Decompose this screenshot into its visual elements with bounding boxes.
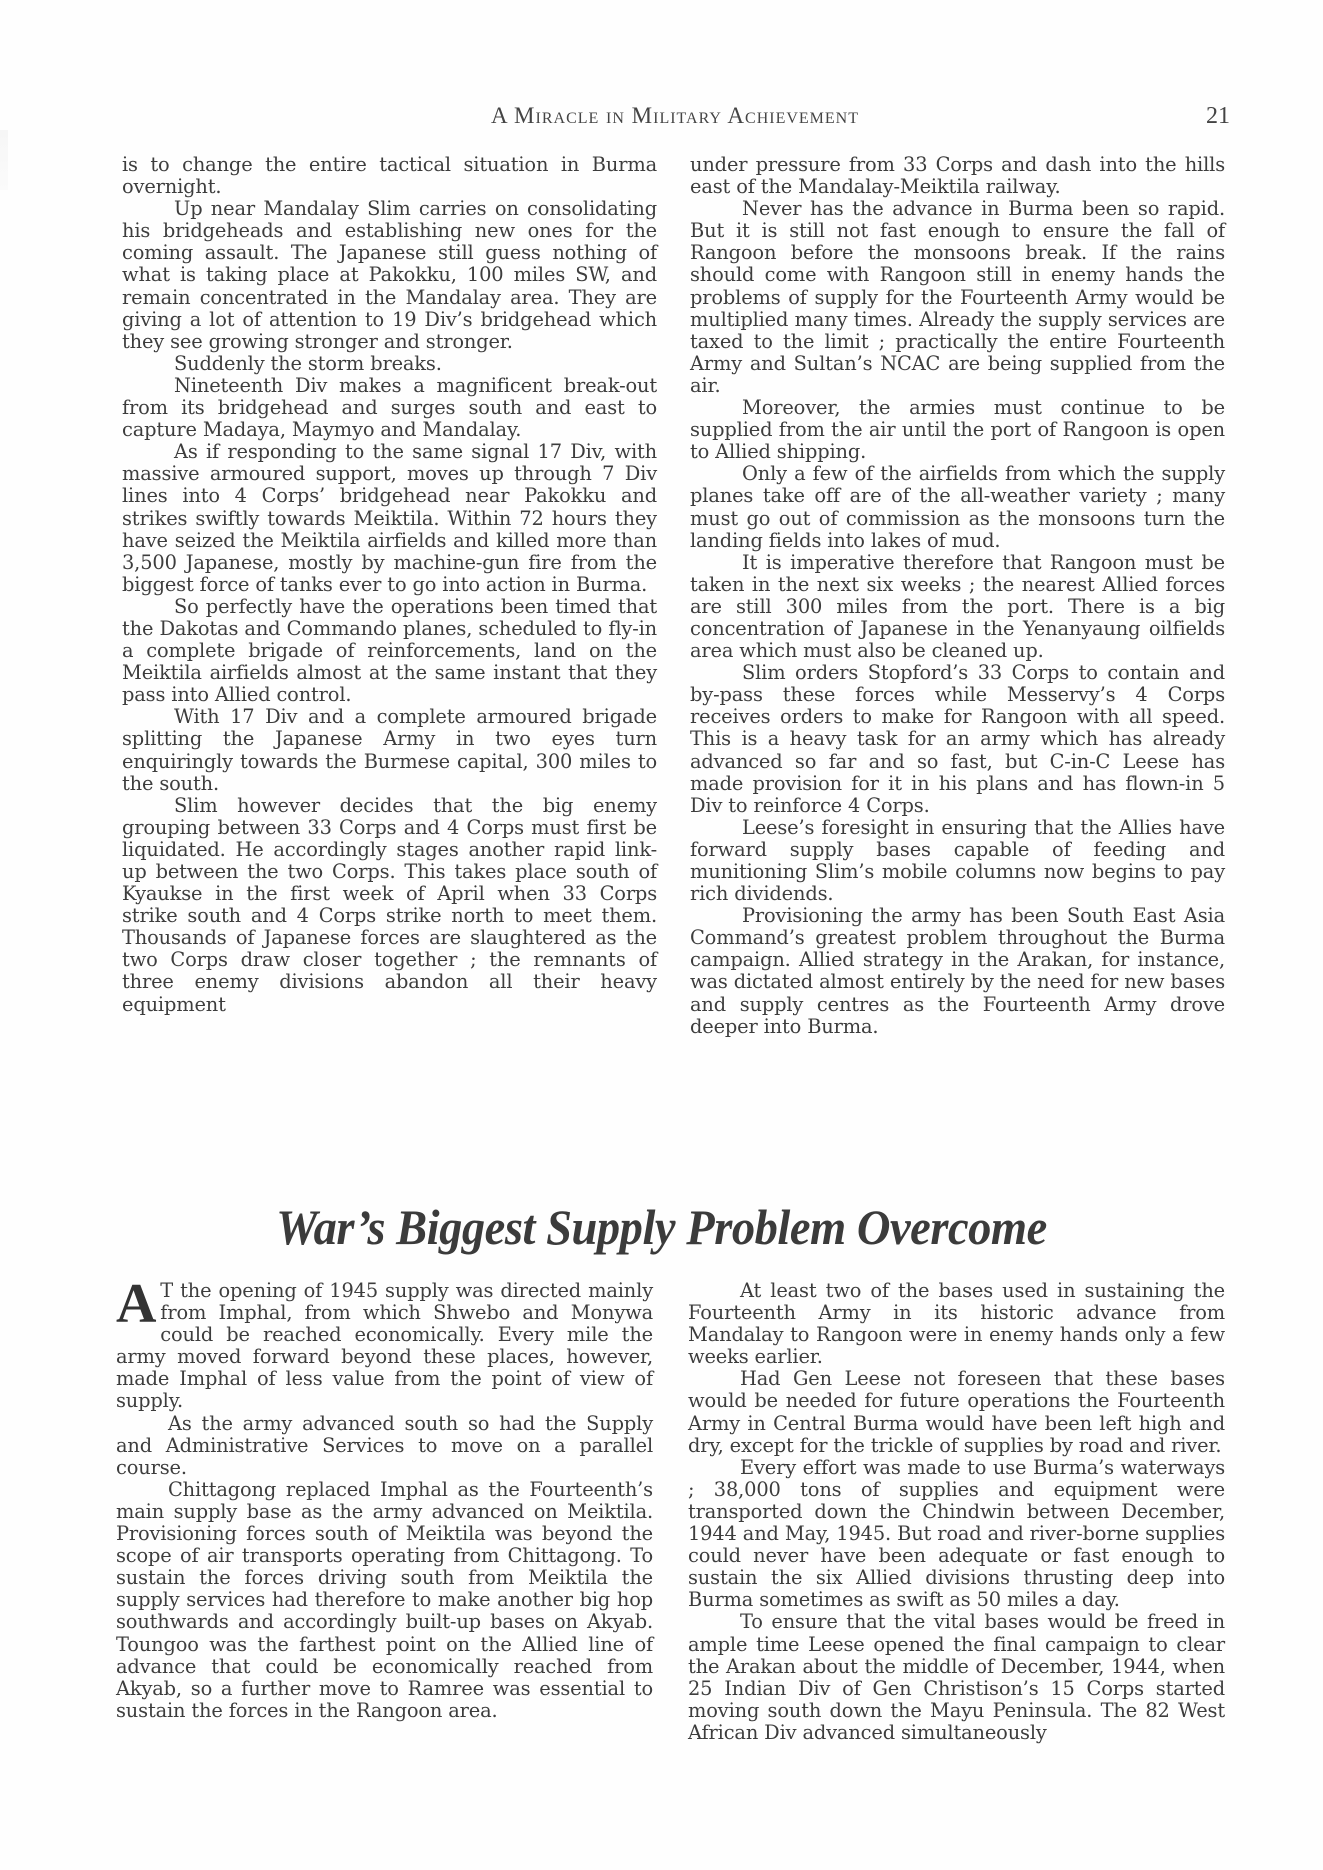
paragraph: Chittagong replaced Imphal as the Fourte… [116, 1479, 653, 1722]
paragraph: Leese’s foresight in ensuring that the A… [690, 817, 1225, 905]
lower-left-column: AT the opening of 1945 supply was direct… [116, 1280, 653, 1722]
paragraph: Suddenly the storm breaks. [122, 353, 657, 375]
lower-right-column: At least two of the bases used in sustai… [688, 1280, 1225, 1744]
paragraph: Slim however decides that the big enemy … [122, 795, 657, 1016]
upper-left-column: is to change the entire tactical situati… [122, 154, 657, 1016]
article-headline: War’s Biggest Supply Problem Overcome [46, 1198, 1276, 1256]
paragraph: is to change the entire tactical situati… [122, 154, 657, 198]
paragraph: At least two of the bases used in sustai… [688, 1280, 1225, 1368]
paragraph: Slim orders Stopford’s 33 Corps to con­t… [690, 662, 1225, 817]
running-header: A Miracle in Military Achievement 21 [120, 103, 1230, 133]
paragraph: With 17 Div and a complete armoured brig… [122, 706, 657, 794]
paragraph: To ensure that the vital bases would be … [688, 1611, 1225, 1744]
paragraph: Had Gen Leese not foreseen that these ba… [688, 1368, 1225, 1456]
page-number: 21 [1206, 103, 1230, 130]
scan-edge-mark [0, 130, 8, 190]
paragraph: Only a few of the airfields from which t… [690, 463, 1225, 551]
paragraph: Every effort was made to use Burma’s wat… [688, 1457, 1225, 1612]
paragraph: As the army advanced south so had the Su… [116, 1413, 653, 1479]
drop-cap: A [116, 1282, 156, 1326]
upper-right-column: under pressure from 33 Corps and dash in… [690, 154, 1225, 1038]
paragraph: Moreover, the armies must continue to be… [690, 397, 1225, 463]
paragraph: So perfectly have the operations been ti… [122, 596, 657, 706]
paragraph: under pressure from 33 Corps and dash in… [690, 154, 1225, 198]
paragraph: Never has the advance in Burma been so r… [690, 198, 1225, 397]
running-title: A Miracle in Military Achievement [120, 103, 1230, 129]
lead-paragraph: AT the opening of 1945 supply was direct… [116, 1280, 653, 1413]
paragraph: It is imperative therefore that Rangoon … [690, 552, 1225, 662]
paragraph: Up near Mandalay Slim carries on con­sol… [122, 198, 657, 353]
paragraph: As if responding to the same signal 17 D… [122, 441, 657, 596]
paragraph: Nineteenth Div makes a magnificent break… [122, 375, 657, 441]
paragraph: Provisioning the army has been South Eas… [690, 905, 1225, 1038]
lead-text: T the opening of 1945 supply was directe… [116, 1279, 653, 1412]
document-page: A Miracle in Military Achievement 21 is … [0, 0, 1323, 1870]
